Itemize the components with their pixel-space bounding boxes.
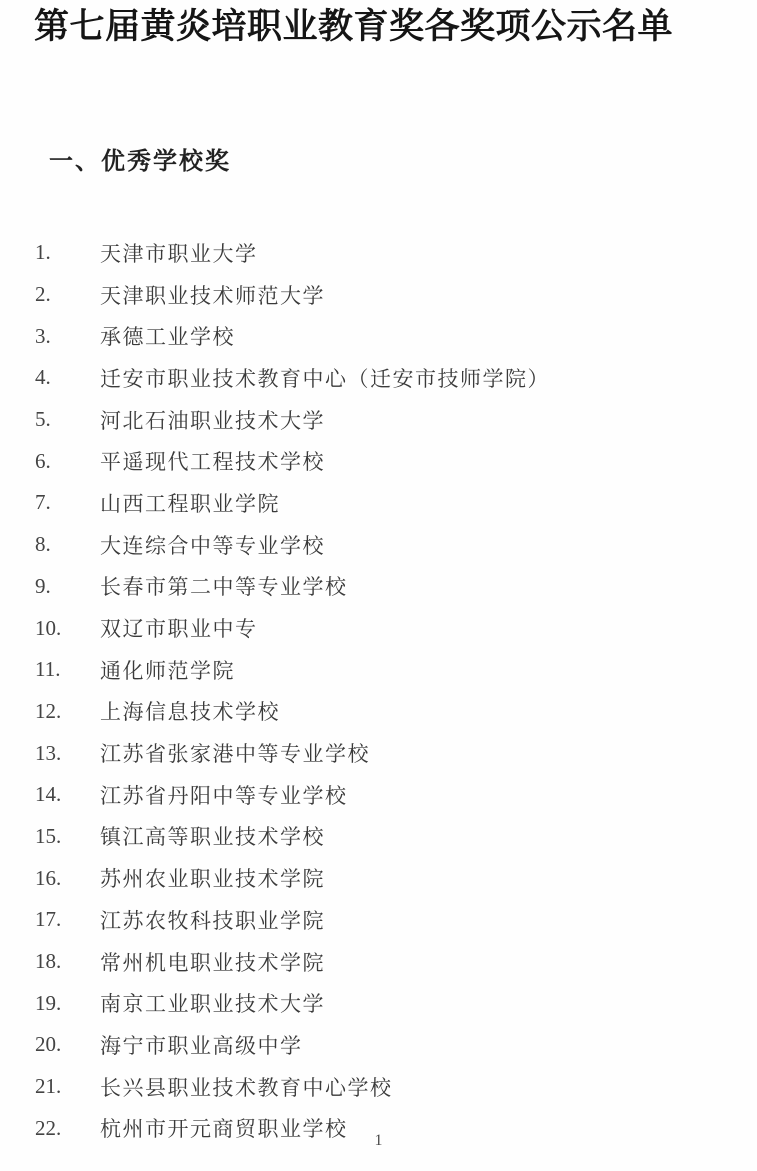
list-item: 11. 通化师范学院 — [0, 649, 757, 691]
list-item-name: 江苏省丹阳中等专业学校 — [100, 780, 348, 810]
list-item: 13. 江苏省张家港中等专业学校 — [0, 732, 757, 774]
list-item-number: 7. — [0, 490, 100, 515]
list-item: 9. 长春市第二中等专业学校 — [0, 566, 757, 608]
list-item: 3. 承德工业学校 — [0, 315, 757, 357]
list-item: 1. 天津市职业大学 — [0, 232, 757, 274]
list-item: 20. 海宁市职业高级中学 — [0, 1024, 757, 1066]
list-item-name: 南京工业职业技术大学 — [100, 988, 325, 1018]
list-item-name: 长春市第二中等专业学校 — [100, 571, 348, 601]
list-item-number: 15. — [0, 824, 100, 849]
award-list: 1. 天津市职业大学 2. 天津职业技术师范大学 3. 承德工业学校 4. 迁安… — [0, 232, 757, 1149]
list-item-number: 8. — [0, 532, 100, 557]
document-title: 第七届黄炎培职业教育奖各奖项公示名单 — [34, 6, 737, 48]
list-item-number: 13. — [0, 741, 100, 766]
list-item-name: 江苏农牧科技职业学院 — [100, 905, 325, 935]
list-item-number: 18. — [0, 949, 100, 974]
section-heading: 一、优秀学校奖 — [49, 141, 757, 176]
list-item-number: 12. — [0, 699, 100, 724]
list-item-number: 9. — [0, 574, 100, 599]
list-item: 2. 天津职业技术师范大学 — [0, 274, 757, 316]
list-item-number: 6. — [0, 449, 100, 474]
list-item-name: 迁安市职业技术教育中心（迁安市技师学院） — [100, 363, 550, 393]
list-item-name: 天津职业技术师范大学 — [100, 280, 325, 310]
list-item-number: 17. — [0, 907, 100, 932]
list-item: 10. 双辽市职业中专 — [0, 607, 757, 649]
list-item-name: 镇江高等职业技术学校 — [100, 821, 325, 851]
list-item-number: 5. — [0, 407, 100, 432]
list-item: 6. 平遥现代工程技术学校 — [0, 440, 757, 482]
list-item: 14. 江苏省丹阳中等专业学校 — [0, 774, 757, 816]
list-item: 16. 苏州农业职业技术学院 — [0, 857, 757, 899]
list-item: 5. 河北石油职业技术大学 — [0, 399, 757, 441]
list-item-number: 19. — [0, 991, 100, 1016]
list-item-name: 通化师范学院 — [100, 655, 235, 685]
list-item-name: 承德工业学校 — [100, 321, 235, 351]
list-item-name: 山西工程职业学院 — [100, 488, 280, 518]
list-item-name: 平遥现代工程技术学校 — [100, 446, 325, 476]
list-item-number: 4. — [0, 365, 100, 390]
list-item-number: 3. — [0, 324, 100, 349]
list-item: 21. 长兴县职业技术教育中心学校 — [0, 1066, 757, 1108]
list-item-name: 海宁市职业高级中学 — [100, 1030, 303, 1060]
list-item-name: 上海信息技术学校 — [100, 696, 280, 726]
list-item-name: 大连综合中等专业学校 — [100, 530, 325, 560]
document-page: 第七届黄炎培职业教育奖各奖项公示名单 一、优秀学校奖 1. 天津市职业大学 2.… — [0, 0, 757, 1171]
list-item-name: 天津市职业大学 — [100, 238, 258, 268]
list-item: 12. 上海信息技术学校 — [0, 691, 757, 733]
list-item-number: 21. — [0, 1074, 100, 1099]
list-item: 17. 江苏农牧科技职业学院 — [0, 899, 757, 941]
list-item-number: 10. — [0, 616, 100, 641]
list-item: 19. 南京工业职业技术大学 — [0, 982, 757, 1024]
list-item: 8. 大连综合中等专业学校 — [0, 524, 757, 566]
page-number: 1 — [0, 1132, 757, 1150]
list-item-number: 14. — [0, 782, 100, 807]
list-item-name: 双辽市职业中专 — [100, 613, 258, 643]
list-item: 4. 迁安市职业技术教育中心（迁安市技师学院） — [0, 357, 757, 399]
list-item-name: 河北石油职业技术大学 — [100, 405, 325, 435]
list-item-name: 常州机电职业技术学院 — [100, 947, 325, 977]
list-item-number: 20. — [0, 1032, 100, 1057]
list-item: 7. 山西工程职业学院 — [0, 482, 757, 524]
list-item: 15. 镇江高等职业技术学校 — [0, 816, 757, 858]
list-item-number: 16. — [0, 866, 100, 891]
list-item-name: 苏州农业职业技术学院 — [100, 863, 325, 893]
list-item-number: 11. — [0, 657, 100, 682]
list-item-number: 1. — [0, 240, 100, 265]
list-item-name: 江苏省张家港中等专业学校 — [100, 738, 370, 768]
list-item-number: 2. — [0, 282, 100, 307]
list-item: 18. 常州机电职业技术学院 — [0, 941, 757, 983]
list-item-name: 长兴县职业技术教育中心学校 — [100, 1072, 393, 1102]
